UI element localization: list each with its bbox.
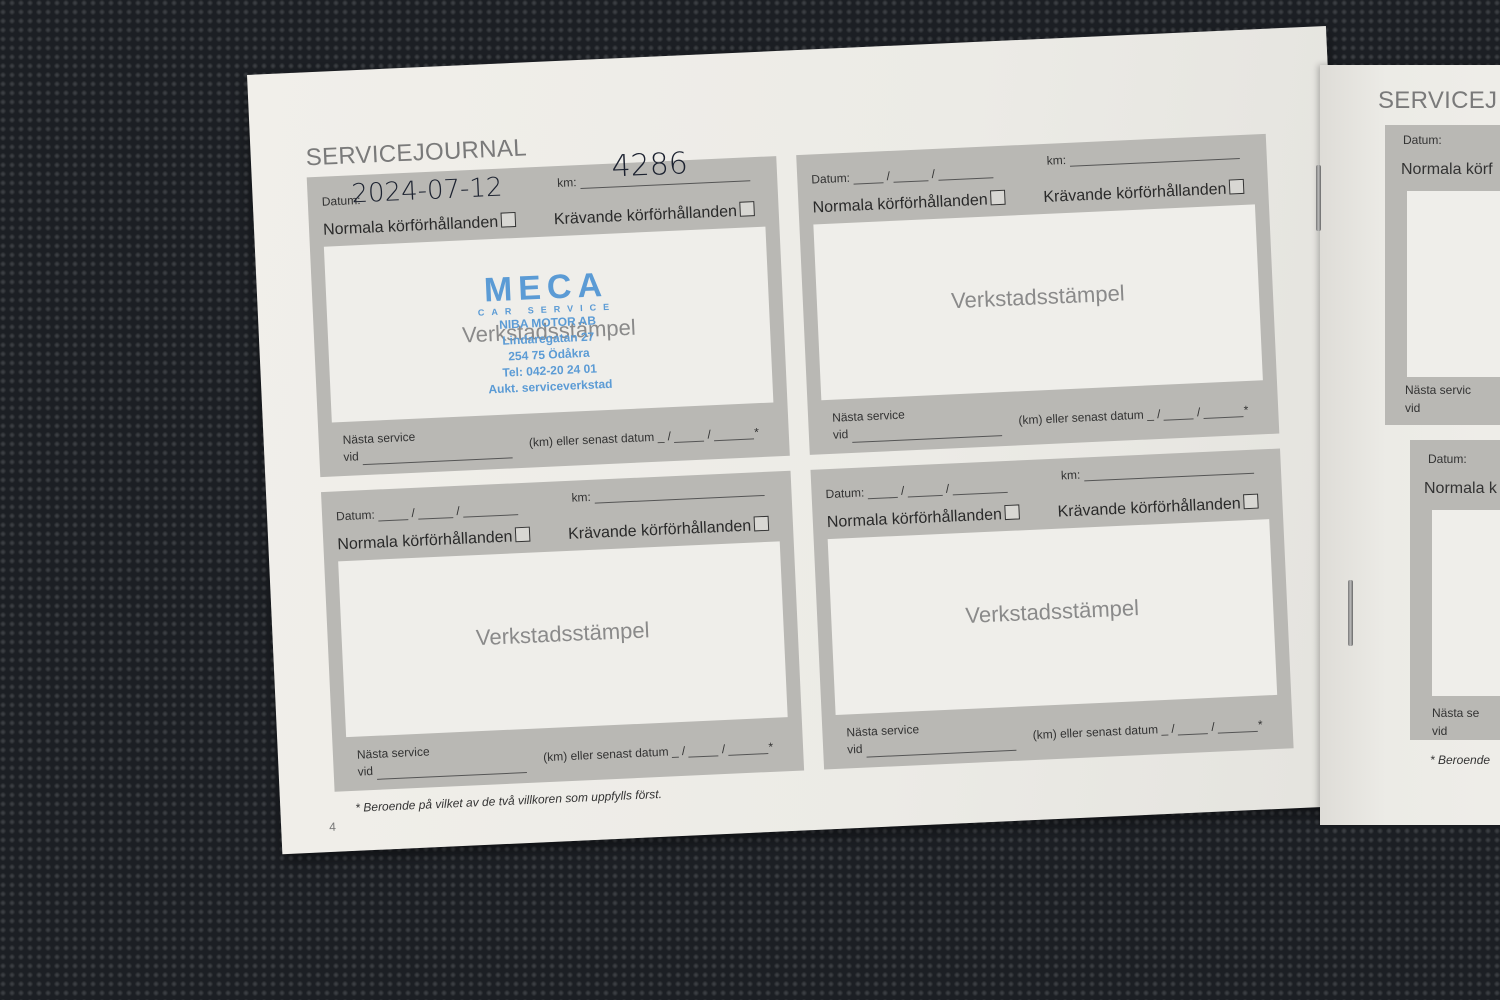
stamp-placeholder: Verkstadsstämpel (817, 274, 1260, 320)
service-entry-4: Datum: / / km: Normala körförhållanden K… (810, 449, 1293, 770)
next-service-field[interactable]: Nästa servicevid (357, 739, 527, 781)
service-booklet: SERVICEJOURNAL Datum: 2024-07-12 km: 428… (0, 0, 1500, 1000)
service-entry-1: Datum: 2024-07-12 km: 4286 Normala körfö… (307, 156, 790, 477)
next-service-field[interactable]: Nästa servicevid (832, 402, 1002, 444)
footnote: * Beroende på vilket av de två villkoren… (355, 787, 662, 815)
right-page-title: SERVICEJ (1378, 87, 1497, 115)
km-field[interactable]: km: (1046, 145, 1239, 168)
service-entry-2: Datum: / / km: Normala körförhållanden K… (796, 134, 1279, 455)
stamp-area: Verkstadsstämpel (813, 204, 1263, 400)
right-service-entry-2: Datum: Normala k Nästa se vid (1410, 440, 1500, 740)
stamp-area (1407, 191, 1500, 377)
checkbox-icon[interactable] (1229, 179, 1245, 195)
stamp-placeholder: Verkstadsstämpel (341, 611, 784, 657)
stamp-area: Verkstadsstämpel (338, 541, 788, 737)
datum-field[interactable]: Datum: / / (336, 501, 519, 523)
stamp-area: Verkstadsstämpel (828, 519, 1278, 715)
datum-handwritten: 2024-07-12 (351, 173, 503, 210)
checkbox-icon[interactable] (1243, 494, 1259, 510)
stamp-area (1432, 510, 1500, 696)
normal-conditions-checkbox[interactable]: Normala körförhållanden (826, 504, 1020, 532)
next-service-date[interactable]: (km) eller senast datum _ / / * (1018, 403, 1248, 427)
staple-icon (1348, 580, 1353, 646)
next-service-date[interactable]: (km) eller senast datum _ / / * (543, 740, 773, 764)
normal-conditions-checkbox[interactable]: Normala körförhållanden (323, 212, 517, 240)
left-page: SERVICEJOURNAL Datum: 2024-07-12 km: 428… (247, 26, 1361, 854)
demanding-conditions-checkbox[interactable]: Krävande körförhållanden (1057, 494, 1259, 522)
checkbox-icon[interactable] (515, 527, 531, 543)
demanding-conditions-checkbox[interactable]: Krävande körförhållanden (553, 201, 755, 229)
checkbox-icon[interactable] (739, 201, 755, 217)
normal-conditions-checkbox[interactable]: Normala körförhållanden (337, 527, 531, 555)
stamp-area: Verkstadsstämpel MECA CAR SERVICE NIBA M… (324, 227, 774, 423)
right-service-entry-1: Datum: Normala körf Nästa servic vid (1385, 125, 1500, 425)
datum-field[interactable]: Datum: / / (825, 479, 1008, 501)
normal-conditions-checkbox[interactable]: Normala körförhållanden (812, 190, 1006, 218)
datum-field[interactable]: Datum: / / (811, 164, 994, 186)
checkbox-icon[interactable] (754, 516, 770, 532)
service-entry-3: Datum: / / km: Normala körförhållanden K… (321, 471, 804, 792)
staple-icon (1316, 165, 1321, 231)
right-page: SERVICEJ Datum: Normala körf Nästa servi… (1320, 65, 1500, 825)
stamp-placeholder: Verkstadsstämpel (831, 589, 1274, 635)
next-service-date[interactable]: (km) eller senast datum _ / / * (1032, 718, 1262, 742)
right-footnote: * Beroende (1430, 753, 1490, 767)
demanding-conditions-checkbox[interactable]: Krävande körförhållanden (1043, 179, 1245, 207)
km-field[interactable]: km: (1061, 460, 1254, 483)
km-field[interactable]: km: (571, 482, 764, 505)
page-title: SERVICEJOURNAL (305, 134, 527, 172)
next-service-field[interactable]: Nästa servicevid (846, 717, 1016, 759)
checkbox-icon[interactable] (1004, 504, 1020, 520)
next-service-date[interactable]: (km) eller senast datum _ / / * (529, 425, 759, 449)
workshop-stamp: MECA CAR SERVICE NIBA MOTOR AB Lindarega… (445, 266, 650, 399)
km-handwritten: 4286 (611, 146, 689, 184)
page-number: 4 (329, 820, 336, 834)
demanding-conditions-checkbox[interactable]: Krävande körförhållanden (568, 516, 770, 544)
checkbox-icon[interactable] (990, 190, 1006, 206)
checkbox-icon[interactable] (501, 212, 517, 228)
next-service-field[interactable]: Nästa servicevid (342, 424, 512, 466)
